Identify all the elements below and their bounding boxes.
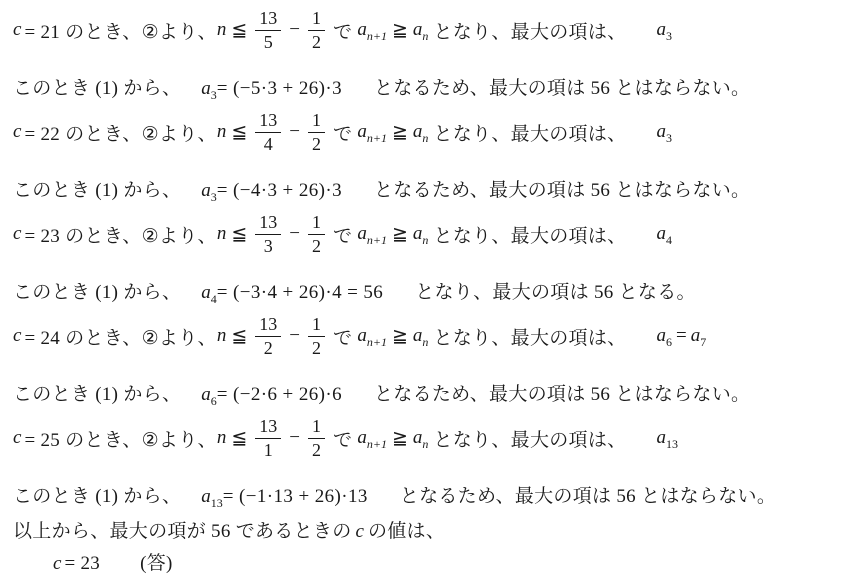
case-section-c22: c= 22 のとき、②より、 n ≦ 134 − 12 で an+1 ≧ an … <box>13 108 851 195</box>
max-term-2: a7 <box>691 325 707 347</box>
de-connector: で <box>328 119 357 146</box>
eval-expression: = (−1·13 + 26)·13 <box>223 486 368 507</box>
case-tail: となり、最大の項は、 <box>428 425 626 452</box>
var-a: a <box>656 427 666 448</box>
fraction-one-half: 12 <box>308 314 325 358</box>
var-c: c <box>13 325 21 347</box>
eval-term: a3 <box>201 78 217 99</box>
fraction-numerator: 1 <box>308 212 325 235</box>
fraction-numerator: 1 <box>308 314 325 337</box>
fraction-denominator: 2 <box>308 31 325 53</box>
term-a-n-plus-1: an+1 <box>357 427 387 449</box>
evaluation-line-4: このとき (1) から、 a6= (−2·6 + 26)·6 となるため、最大の… <box>13 379 851 399</box>
case-condition-line-5: c= 25 のとき、②より、 n ≦ 131 − 12 で an+1 ≧ an … <box>13 414 851 462</box>
var-a: a <box>201 282 211 303</box>
eval-tail: となり、最大の項は 56 となる。 <box>415 277 696 304</box>
case-section-c23: c= 23 のとき、②より、 n ≦ 133 − 12 で an+1 ≧ an … <box>13 210 851 297</box>
eval-prefix: このとき (1) から、 <box>13 73 181 100</box>
minus-symbol: − <box>289 121 300 143</box>
fraction-denominator: 2 <box>308 439 325 461</box>
geq-symbol: ≧ <box>392 223 408 246</box>
minus-symbol: − <box>289 325 300 347</box>
de-connector: で <box>328 425 357 452</box>
eval-expression: = (−3·4 + 26)·4 = 56 <box>217 282 383 303</box>
eval-tail: となるため、最大の項は 56 とはならない。 <box>374 175 750 202</box>
var-a: a <box>201 180 211 201</box>
conclusion-line: 以上から、最大の項が 56 であるときの c の値は、 <box>13 516 851 536</box>
fraction-one-half: 12 <box>308 110 325 154</box>
eval-expression: = (−2·6 + 26)·6 <box>217 384 342 405</box>
eval-term: a4 <box>201 282 217 303</box>
fraction-13-over-2: 132 <box>255 314 281 358</box>
eval-term: a3 <box>201 180 217 201</box>
fraction-numerator: 13 <box>255 314 281 337</box>
fraction-numerator: 1 <box>308 110 325 133</box>
var-a: a <box>413 223 423 244</box>
var-c: c <box>356 521 364 543</box>
eval-term: a13 <box>201 486 223 507</box>
term-a-n-plus-1: an+1 <box>357 121 387 143</box>
eval-prefix: このとき (1) から、 <box>13 175 181 202</box>
var-a: a <box>413 19 423 40</box>
leq-symbol: ≦ <box>231 325 247 348</box>
case-intro: = 25 のとき、②より、 <box>24 425 216 452</box>
var-c: c <box>53 553 61 575</box>
fraction-numerator: 1 <box>308 416 325 439</box>
fraction-denominator: 2 <box>260 337 277 359</box>
fraction-13-over-4: 134 <box>255 110 281 154</box>
case-tail: となり、最大の項は、 <box>428 119 626 146</box>
var-a: a <box>413 427 423 448</box>
leq-symbol: ≦ <box>231 427 247 450</box>
equals-symbol: = <box>676 325 687 347</box>
max-term: a13 <box>656 427 678 449</box>
minus-symbol: − <box>289 223 300 245</box>
eval-tail: となるため、最大の項は 56 とはならない。 <box>374 379 750 406</box>
case-intro: = 21 のとき、②より、 <box>24 17 216 44</box>
var-a: a <box>656 121 666 142</box>
geq-symbol: ≧ <box>392 427 408 450</box>
fraction-denominator: 2 <box>308 235 325 257</box>
term-a-n-plus-1: an+1 <box>357 325 387 347</box>
var-a: a <box>656 325 666 346</box>
var-a: a <box>691 325 701 346</box>
eval-term: a6 <box>201 384 217 405</box>
case-section-c25: c= 25 のとき、②より、 n ≦ 131 − 12 で an+1 ≧ an … <box>13 414 851 501</box>
evaluation-line-1: このとき (1) から、 a3= (−5·3 + 26)·3 となるため、最大の… <box>13 73 851 93</box>
subscript: 4 <box>666 233 672 247</box>
case-intro: = 22 のとき、②より、 <box>24 119 216 146</box>
eval-prefix: このとき (1) から、 <box>13 379 181 406</box>
var-a: a <box>413 121 423 142</box>
var-a: a <box>357 427 367 448</box>
var-n: n <box>217 19 227 41</box>
leq-symbol: ≦ <box>231 121 247 144</box>
case-condition-line-3: c= 23 のとき、②より、 n ≦ 133 − 12 で an+1 ≧ an … <box>13 210 851 258</box>
case-condition-line-2: c= 22 のとき、②より、 n ≦ 134 − 12 で an+1 ≧ an … <box>13 108 851 156</box>
fraction-13-over-5: 135 <box>255 8 281 52</box>
evaluation-line-5: このとき (1) から、 a13= (−1·13 + 26)·13 となるため、… <box>13 481 851 501</box>
max-term: a4 <box>656 223 672 245</box>
term-a-n: an <box>413 223 429 245</box>
subscript: n+1 <box>367 335 387 349</box>
term-evaluation: a13= (−1·13 + 26)·13 <box>201 486 368 508</box>
eval-tail: となるため、最大の項は 56 とはならない。 <box>400 481 776 508</box>
eval-expression: = (−5·3 + 26)·3 <box>217 78 342 99</box>
var-n: n <box>217 325 227 347</box>
var-a: a <box>413 325 423 346</box>
var-a: a <box>357 223 367 244</box>
var-c: c <box>13 223 21 245</box>
max-term: a3 <box>656 121 672 143</box>
subscript: n+1 <box>367 29 387 43</box>
de-connector: で <box>328 17 357 44</box>
fraction-13-over-3: 133 <box>255 212 281 256</box>
conclusion-text-pre: 以上から、最大の項が 56 であるときの <box>13 516 352 543</box>
term-a-n: an <box>413 427 429 449</box>
eval-expression: = (−4·3 + 26)·3 <box>217 180 342 201</box>
answer-label: (答) <box>140 548 173 575</box>
fraction-denominator: 2 <box>308 133 325 155</box>
subscript: 3 <box>666 131 672 145</box>
fraction-denominator: 5 <box>260 31 277 53</box>
var-a: a <box>357 121 367 142</box>
var-a: a <box>656 223 666 244</box>
var-n: n <box>217 223 227 245</box>
term-evaluation: a3= (−4·3 + 26)·3 <box>201 180 342 202</box>
case-section-c21: c= 21 のとき、②より、 n ≦ 135 − 12 で an+1 ≧ an … <box>13 6 851 93</box>
var-n: n <box>217 121 227 143</box>
fraction-one-half: 12 <box>308 212 325 256</box>
case-intro: = 24 のとき、②より、 <box>24 323 216 350</box>
fraction-numerator: 13 <box>255 416 281 439</box>
var-a: a <box>357 19 367 40</box>
case-tail: となり、最大の項は、 <box>428 17 626 44</box>
math-solution-document: c= 21 のとき、②より、 n ≦ 135 − 12 で an+1 ≧ an … <box>0 0 851 570</box>
fraction-numerator: 1 <box>308 8 325 31</box>
leq-symbol: ≦ <box>231 223 247 246</box>
evaluation-line-3: このとき (1) から、 a4= (−3·4 + 26)·4 = 56 となり、… <box>13 277 851 297</box>
subscript: 13 <box>666 437 678 451</box>
term-a-n-plus-1: an+1 <box>357 19 387 41</box>
final-answer-line: c = 23 (答) <box>13 548 851 570</box>
fraction-denominator: 1 <box>260 439 277 461</box>
term-evaluation: a6= (−2·6 + 26)·6 <box>201 384 342 406</box>
term-a-n: an <box>413 325 429 347</box>
de-connector: で <box>328 323 357 350</box>
case-condition-line-4: c= 24 のとき、②より、 n ≦ 132 − 12 で an+1 ≧ an … <box>13 312 851 360</box>
subscript: 7 <box>700 335 706 349</box>
var-a: a <box>201 486 211 507</box>
leq-symbol: ≦ <box>231 19 247 42</box>
evaluation-line-2: このとき (1) から、 a3= (−4·3 + 26)·3 となるため、最大の… <box>13 175 851 195</box>
fraction-numerator: 13 <box>255 8 281 31</box>
var-a: a <box>656 19 666 40</box>
term-a-n: an <box>413 121 429 143</box>
geq-symbol: ≧ <box>392 325 408 348</box>
subscript: n+1 <box>367 437 387 451</box>
max-term: a6 <box>656 325 672 347</box>
case-condition-line-1: c= 21 のとき、②より、 n ≦ 135 − 12 で an+1 ≧ an … <box>13 6 851 54</box>
var-c: c <box>13 19 21 41</box>
term-evaluation: a3= (−5·3 + 26)·3 <box>201 78 342 100</box>
case-section-c24: c= 24 のとき、②より、 n ≦ 132 − 12 で an+1 ≧ an … <box>13 312 851 399</box>
term-evaluation: a4= (−3·4 + 26)·4 = 56 <box>201 282 383 304</box>
subscript: 3 <box>666 29 672 43</box>
fraction-numerator: 13 <box>255 212 281 235</box>
var-a: a <box>201 78 211 99</box>
subscript: 13 <box>211 496 223 510</box>
case-tail: となり、最大の項は、 <box>428 323 626 350</box>
case-intro: = 23 のとき、②より、 <box>24 221 216 248</box>
eval-tail: となるため、最大の項は 56 とはならない。 <box>374 73 750 100</box>
geq-symbol: ≧ <box>392 121 408 144</box>
subscript: n+1 <box>367 131 387 145</box>
term-a-n-plus-1: an+1 <box>357 223 387 245</box>
fraction-one-half: 12 <box>308 8 325 52</box>
var-a: a <box>357 325 367 346</box>
var-c: c <box>13 427 21 449</box>
fraction-13-over-1: 131 <box>255 416 281 460</box>
fraction-denominator: 2 <box>308 337 325 359</box>
geq-symbol: ≧ <box>392 19 408 42</box>
fraction-denominator: 4 <box>260 133 277 155</box>
term-a-n: an <box>413 19 429 41</box>
subscript: n+1 <box>367 233 387 247</box>
answer-value: = 23 <box>64 553 100 575</box>
var-c: c <box>13 121 21 143</box>
var-n: n <box>217 427 227 449</box>
fraction-denominator: 3 <box>260 235 277 257</box>
fraction-numerator: 13 <box>255 110 281 133</box>
eval-prefix: このとき (1) から、 <box>13 277 181 304</box>
subscript: 6 <box>666 335 672 349</box>
eval-prefix: このとき (1) から、 <box>13 481 181 508</box>
fraction-one-half: 12 <box>308 416 325 460</box>
max-term: a3 <box>656 19 672 41</box>
minus-symbol: − <box>289 19 300 41</box>
case-tail: となり、最大の項は、 <box>428 221 626 248</box>
var-a: a <box>201 384 211 405</box>
minus-symbol: − <box>289 427 300 449</box>
conclusion-text-post: の値は、 <box>368 516 445 543</box>
de-connector: で <box>328 221 357 248</box>
